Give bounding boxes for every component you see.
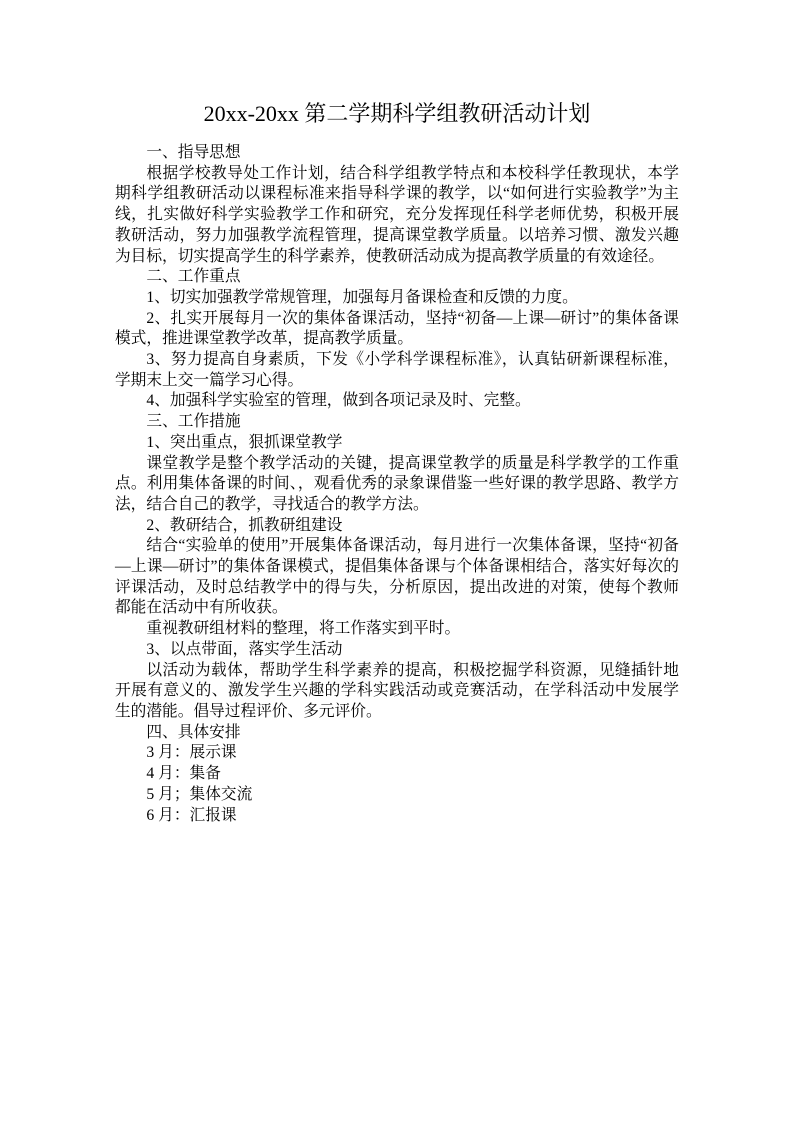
schedule-item: 5 月；集体交流	[115, 785, 679, 806]
section-heading: 二、工作重点	[115, 267, 679, 288]
paragraph: 根据学校教导处工作计划，结合科学组教学特点和本校科学任教现状，本学期科学组教研活…	[115, 164, 679, 268]
paragraph: 结合“实验单的使用”开展集体备课活动，每月进行一次集体备课，坚持“初备—上课—研…	[115, 536, 679, 619]
paragraph: 课堂教学是整个教学活动的关键，提高课堂教学的质量是科学教学的工作重点。利用集体备…	[115, 454, 679, 516]
list-item: 1、突出重点，狠抓课堂教学	[115, 433, 679, 454]
list-item: 3、努力提高自身素质，下发《小学科学课程标准》，认真钻研新课程标准，学期末上交一…	[115, 350, 679, 391]
list-item: 2、扎实开展每月一次的集体备课活动，坚持“初备—上课—研讨”的集体备课模式，推进…	[115, 309, 679, 350]
list-item: 2、教研结合，抓教研组建设	[115, 516, 679, 537]
schedule-item: 6 月：汇报课	[115, 806, 679, 827]
doc-title: 20xx-20xx 第二学期科学组教研活动计划	[115, 99, 679, 129]
section-heading: 四、具体安排	[115, 723, 679, 744]
list-item: 4、加强科学实验室的管理，做到各项记录及时、完整。	[115, 391, 679, 412]
list-item: 3、以点带面，落实学生活动	[115, 640, 679, 661]
list-item: 1、切实加强教学常规管理，加强每月备课检查和反馈的力度。	[115, 288, 679, 309]
section-heading: 三、工作措施	[115, 412, 679, 433]
paragraph: 重视教研组材料的整理，将工作落实到平时。	[115, 619, 679, 640]
section-heading: 一、指导思想	[115, 143, 679, 164]
schedule-item: 4 月：集备	[115, 764, 679, 785]
document-page: 20xx-20xx 第二学期科学组教研活动计划 一、指导思想 根据学校教导处工作…	[0, 0, 793, 1122]
paragraph: 以活动为载体，帮助学生科学素养的提高，积极挖掘学科资源，见缝插针地开展有意义的、…	[115, 661, 679, 723]
schedule-item: 3 月：展示课	[115, 743, 679, 764]
